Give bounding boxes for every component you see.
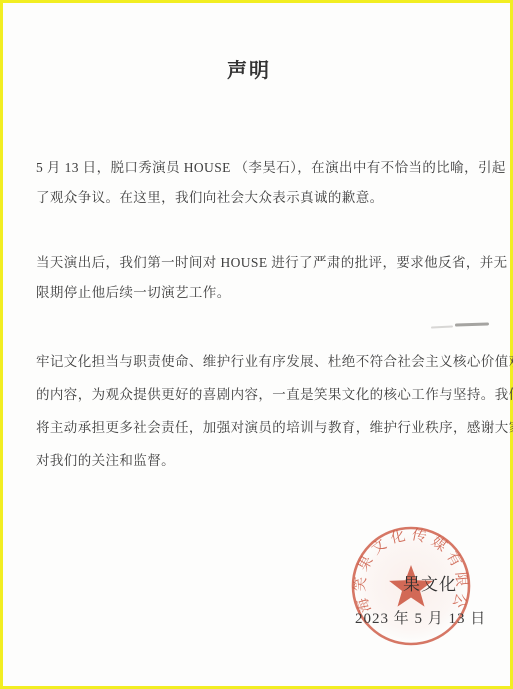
text-line: 了观众争议。在这里，我们向社会大众表示真诚的歉意。 [36, 183, 470, 213]
statement-title: 声明 [3, 54, 495, 83]
smudge-mark [431, 319, 491, 333]
paragraph-apology: 5 月 13 日，脱口秀演员 HOUSE （李昊石），在演出中有不恰当的比喻，引… [36, 153, 470, 213]
text-line: 将主动承担更多社会责任，加强对演员的培训与教育，维护行业秩序，感谢大家 [36, 411, 470, 444]
paragraph-punishment: 当天演出后，我们第一时间对 HOUSE 进行了严肃的批评，要求他反省，并无 限期… [36, 248, 470, 308]
text-line: 5 月 13 日，脱口秀演员 HOUSE （李昊石），在演出中有不恰当的比喻，引… [36, 153, 470, 183]
text-line: 当天演出后，我们第一时间对 HOUSE 进行了严肃的批评，要求他反省，并无 [36, 248, 470, 278]
paragraph-commitment: 牢记文化担当与职责使命、维护行业有序发展、杜绝不符合社会主义核心价值观 的内容，… [36, 345, 470, 477]
text-line: 对我们的关注和监督。 [36, 444, 470, 477]
statement-date: 2023 年 5 月 13 日 [355, 607, 486, 628]
smudge-stroke [455, 322, 489, 326]
smudge-stroke [431, 325, 453, 328]
company-name-overlay: 果文化 [403, 570, 457, 595]
text-line: 牢记文化担当与职责使命、维护行业有序发展、杜绝不符合社会主义核心价值观 [36, 345, 470, 378]
text-line: 的内容，为观众提供更好的喜剧内容，一直是笑果文化的核心工作与坚持。我们 [36, 378, 470, 411]
statement-page: 声明 5 月 13 日，脱口秀演员 HOUSE （李昊石），在演出中有不恰当的比… [0, 0, 513, 689]
text-line: 限期停止他后续一切演艺工作。 [36, 278, 470, 308]
